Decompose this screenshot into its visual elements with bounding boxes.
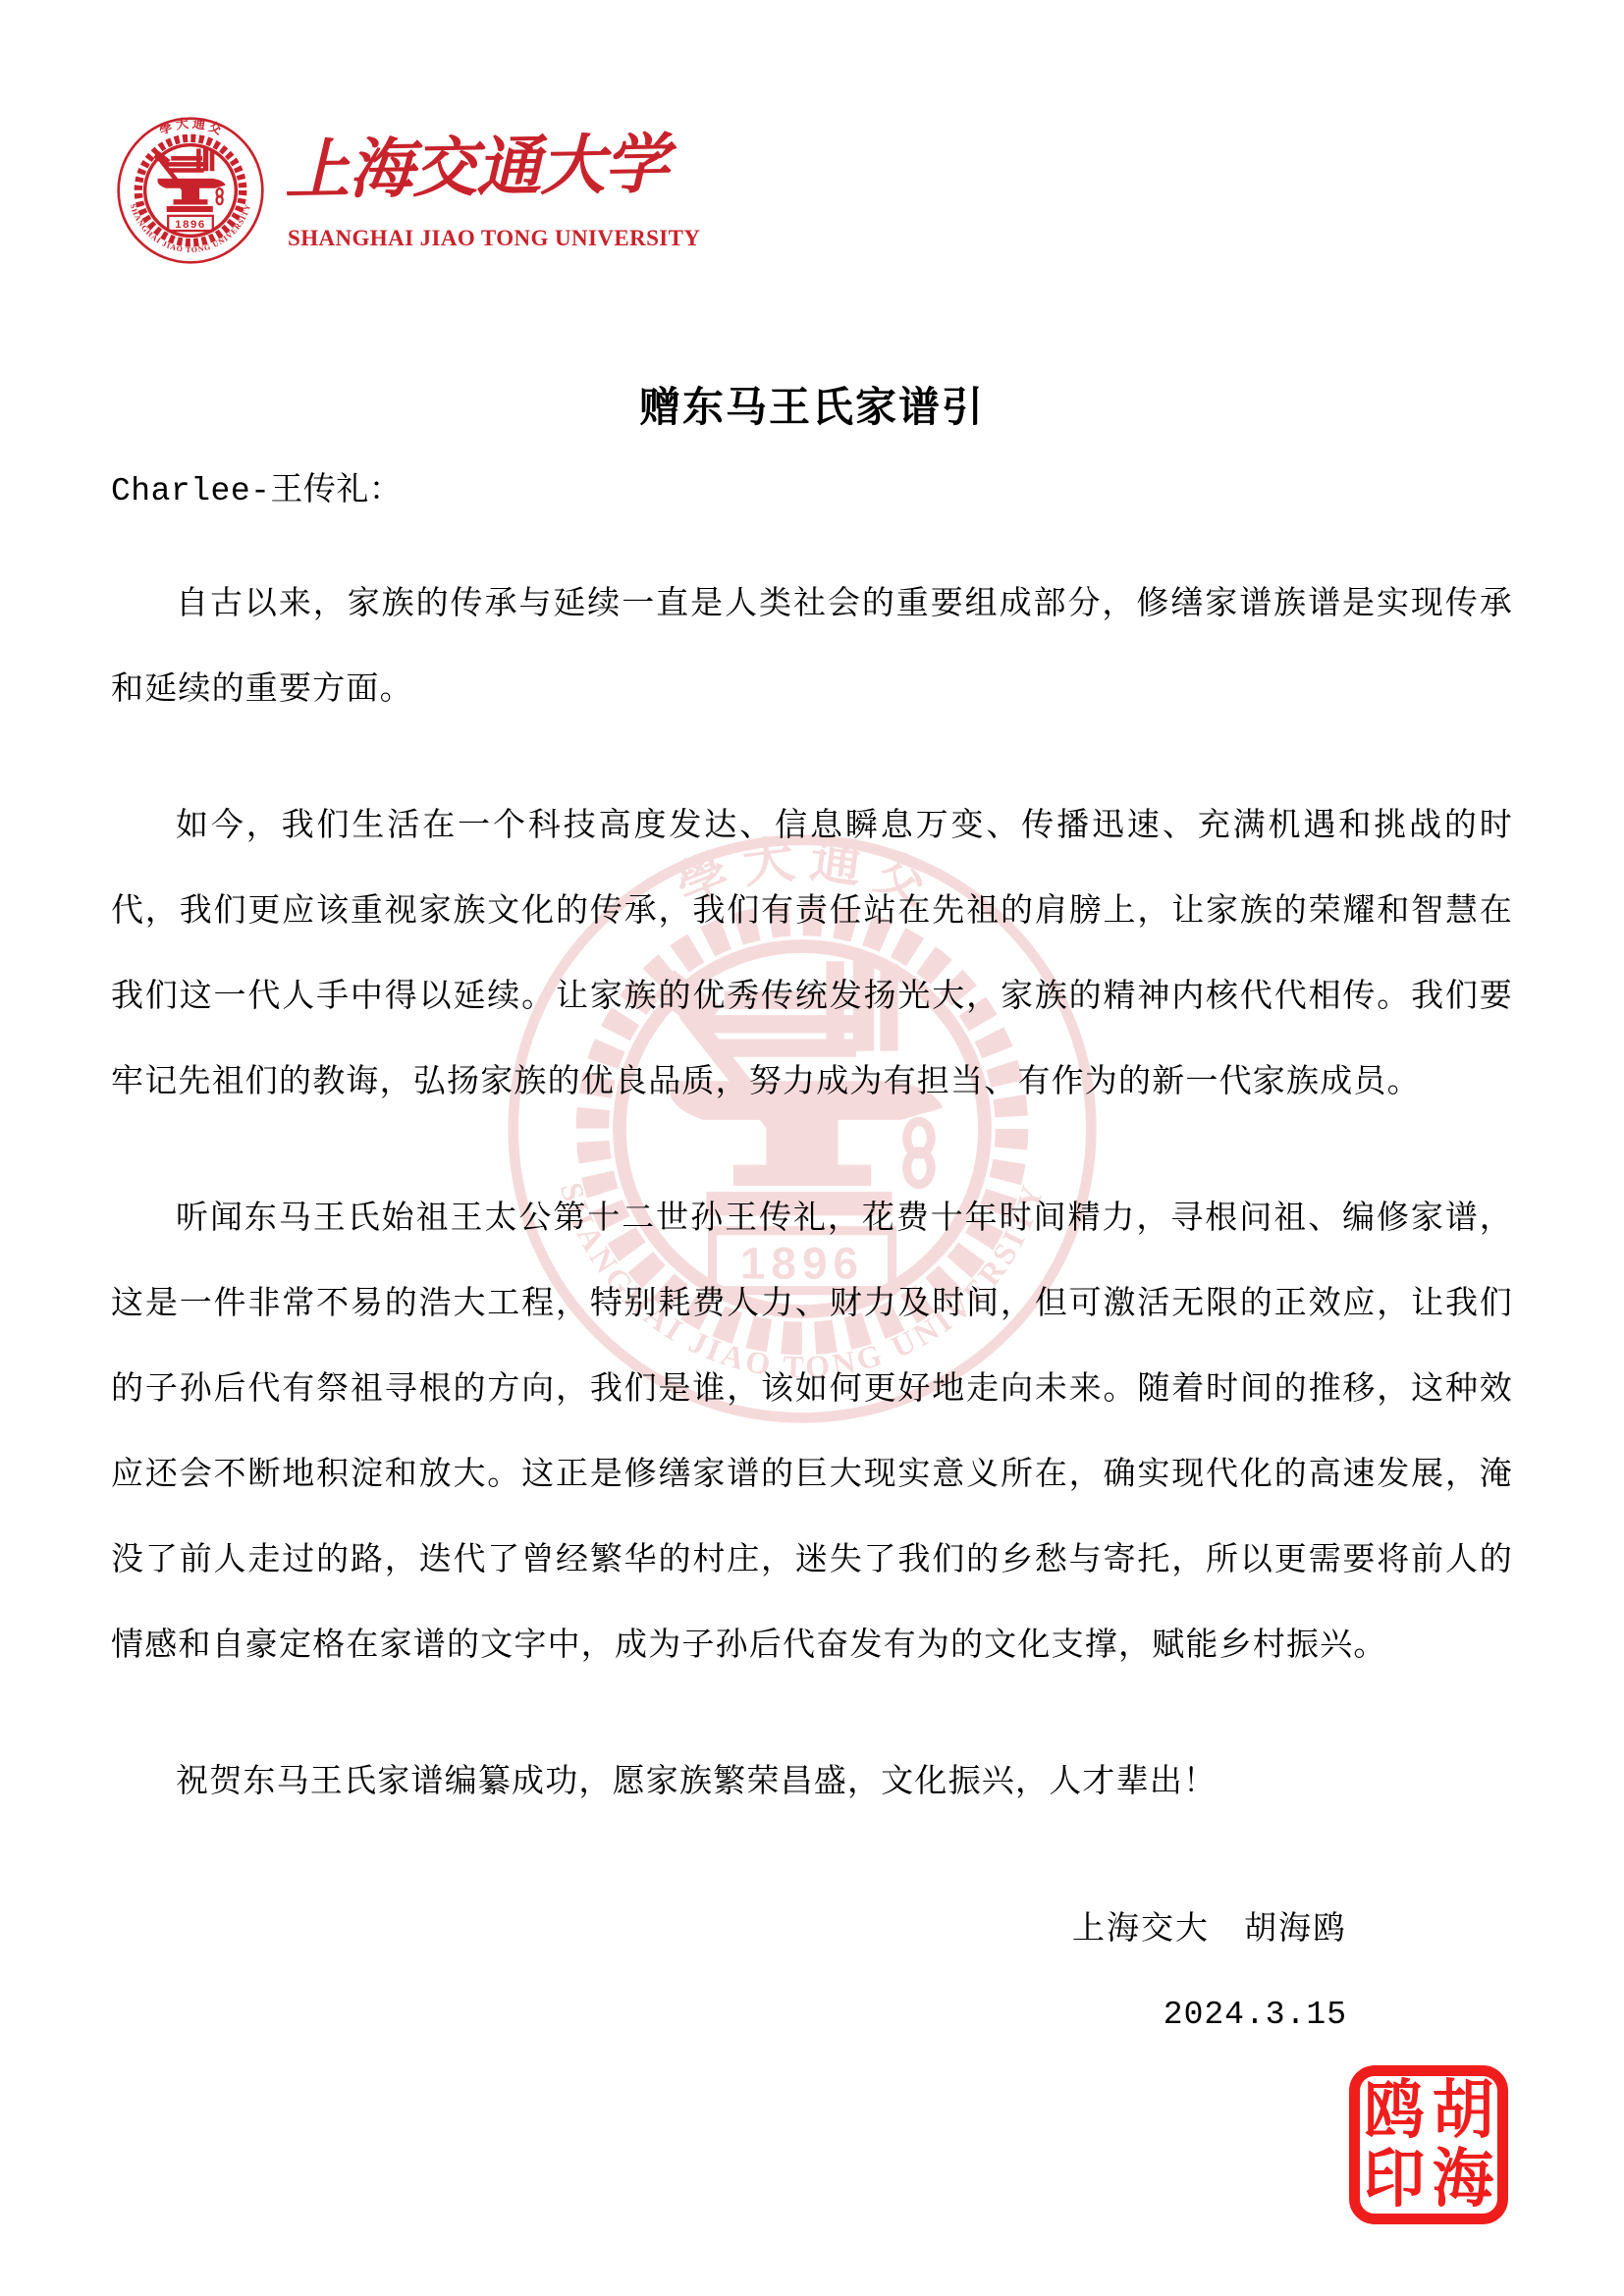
letter-paragraph: 如今，我们生活在一个科技高度发达、信息瞬息万变、传播迅速、充满机遇和挑战的时代，…	[111, 783, 1513, 1125]
seal-char-top-right: 胡	[1426, 2072, 1500, 2149]
seal-char-bottom-left: 印	[1357, 2141, 1432, 2217]
letter-title: 赠东马王氏家谱引	[0, 375, 1624, 434]
name-seal-stamp: 鸥 胡 印 海	[1349, 2065, 1508, 2224]
seal-char-bottom-right: 海	[1426, 2141, 1500, 2217]
signature-block: 上海交大 胡海鸥 2024.3.15	[1072, 1887, 1347, 2057]
letter-content: 上海交通大学 SHANGHAI JIAO TONG UNIVERSITY 赠东马…	[0, 0, 1624, 2296]
university-name-calligraphy: 上海交通大学	[284, 117, 669, 222]
seal-char-top-left: 鸥	[1357, 2072, 1432, 2149]
signature-name: 上海交大 胡海鸥	[1072, 1887, 1347, 1972]
letter-paragraph: 听闻东马王氏始祖王太公第十二世孙王传礼，花费十年时间精力，寻根问祖、编修家谱，这…	[111, 1176, 1513, 1688]
signature-date: 2024.3.15	[1072, 1972, 1347, 2057]
university-name-english: SHANGHAI JIAO TONG UNIVERSITY	[288, 226, 700, 251]
letter-paragraph: 自古以来，家族的传承与延续一直是人类社会的重要组成部分，修缮家谱族谱是实现传承和…	[111, 561, 1513, 732]
letter-paragraph: 祝贺东马王氏家谱编纂成功，愿家族繁荣昌盛，文化振兴，人才辈出！	[111, 1739, 1513, 1825]
salutation: Charlee-王传礼：	[111, 463, 402, 509]
sjtu-logo-emblem-icon	[116, 116, 265, 265]
letter-body: 自古以来，家族的传承与延续一直是人类社会的重要组成部分，修缮家谱族谱是实现传承和…	[111, 561, 1513, 1876]
letter-page: 上海交通大学 SHANGHAI JIAO TONG UNIVERSITY 赠东马…	[0, 0, 1624, 2296]
